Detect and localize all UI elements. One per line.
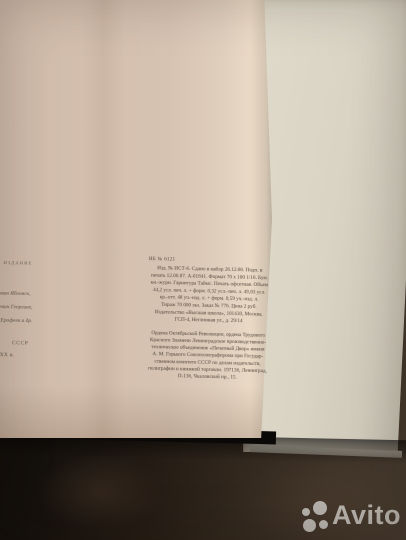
- century-line-fragment: О XX в.: [0, 352, 15, 358]
- author-name-fragment: льевич Георгиев,: [0, 303, 32, 310]
- author-name-fragment: н Ерофеев и др.: [0, 317, 32, 324]
- imprint-block: ИБ № 6121 Изд. № ИСТ-6. Сдано в набор 26…: [144, 256, 273, 382]
- avito-circle-small-topleft: [302, 508, 310, 516]
- avito-circle-large-bottomleft: [303, 519, 316, 532]
- sssr-line-fragment: СССР: [12, 340, 28, 346]
- book-listing-photo[interactable]: Е ИЗДАНИЕ фович Яблонск, льевич Георгиев…: [0, 0, 406, 540]
- avito-circles-icon: [298, 498, 330, 534]
- avito-circle-small-bottomright: [319, 520, 328, 529]
- printer-paragraph: Ордена Октябрьской Революции, ордена Тру…: [144, 329, 271, 382]
- avito-wordmark: Avito: [332, 498, 401, 534]
- avito-watermark: Avito: [298, 498, 404, 536]
- edition-line-fragment: Е ИЗДАНИЕ: [0, 260, 33, 266]
- avito-circle-large-topright: [313, 501, 327, 515]
- author-name-fragment: фович Яблонск,: [0, 290, 31, 297]
- imprint-paragraph: Изд. № ИСТ-6. Сдано в набор 26.12.86. По…: [145, 264, 272, 325]
- left-page-clipped-text: Е ИЗДАНИЕ фович Яблонск, льевич Георгиев…: [0, 0, 75, 391]
